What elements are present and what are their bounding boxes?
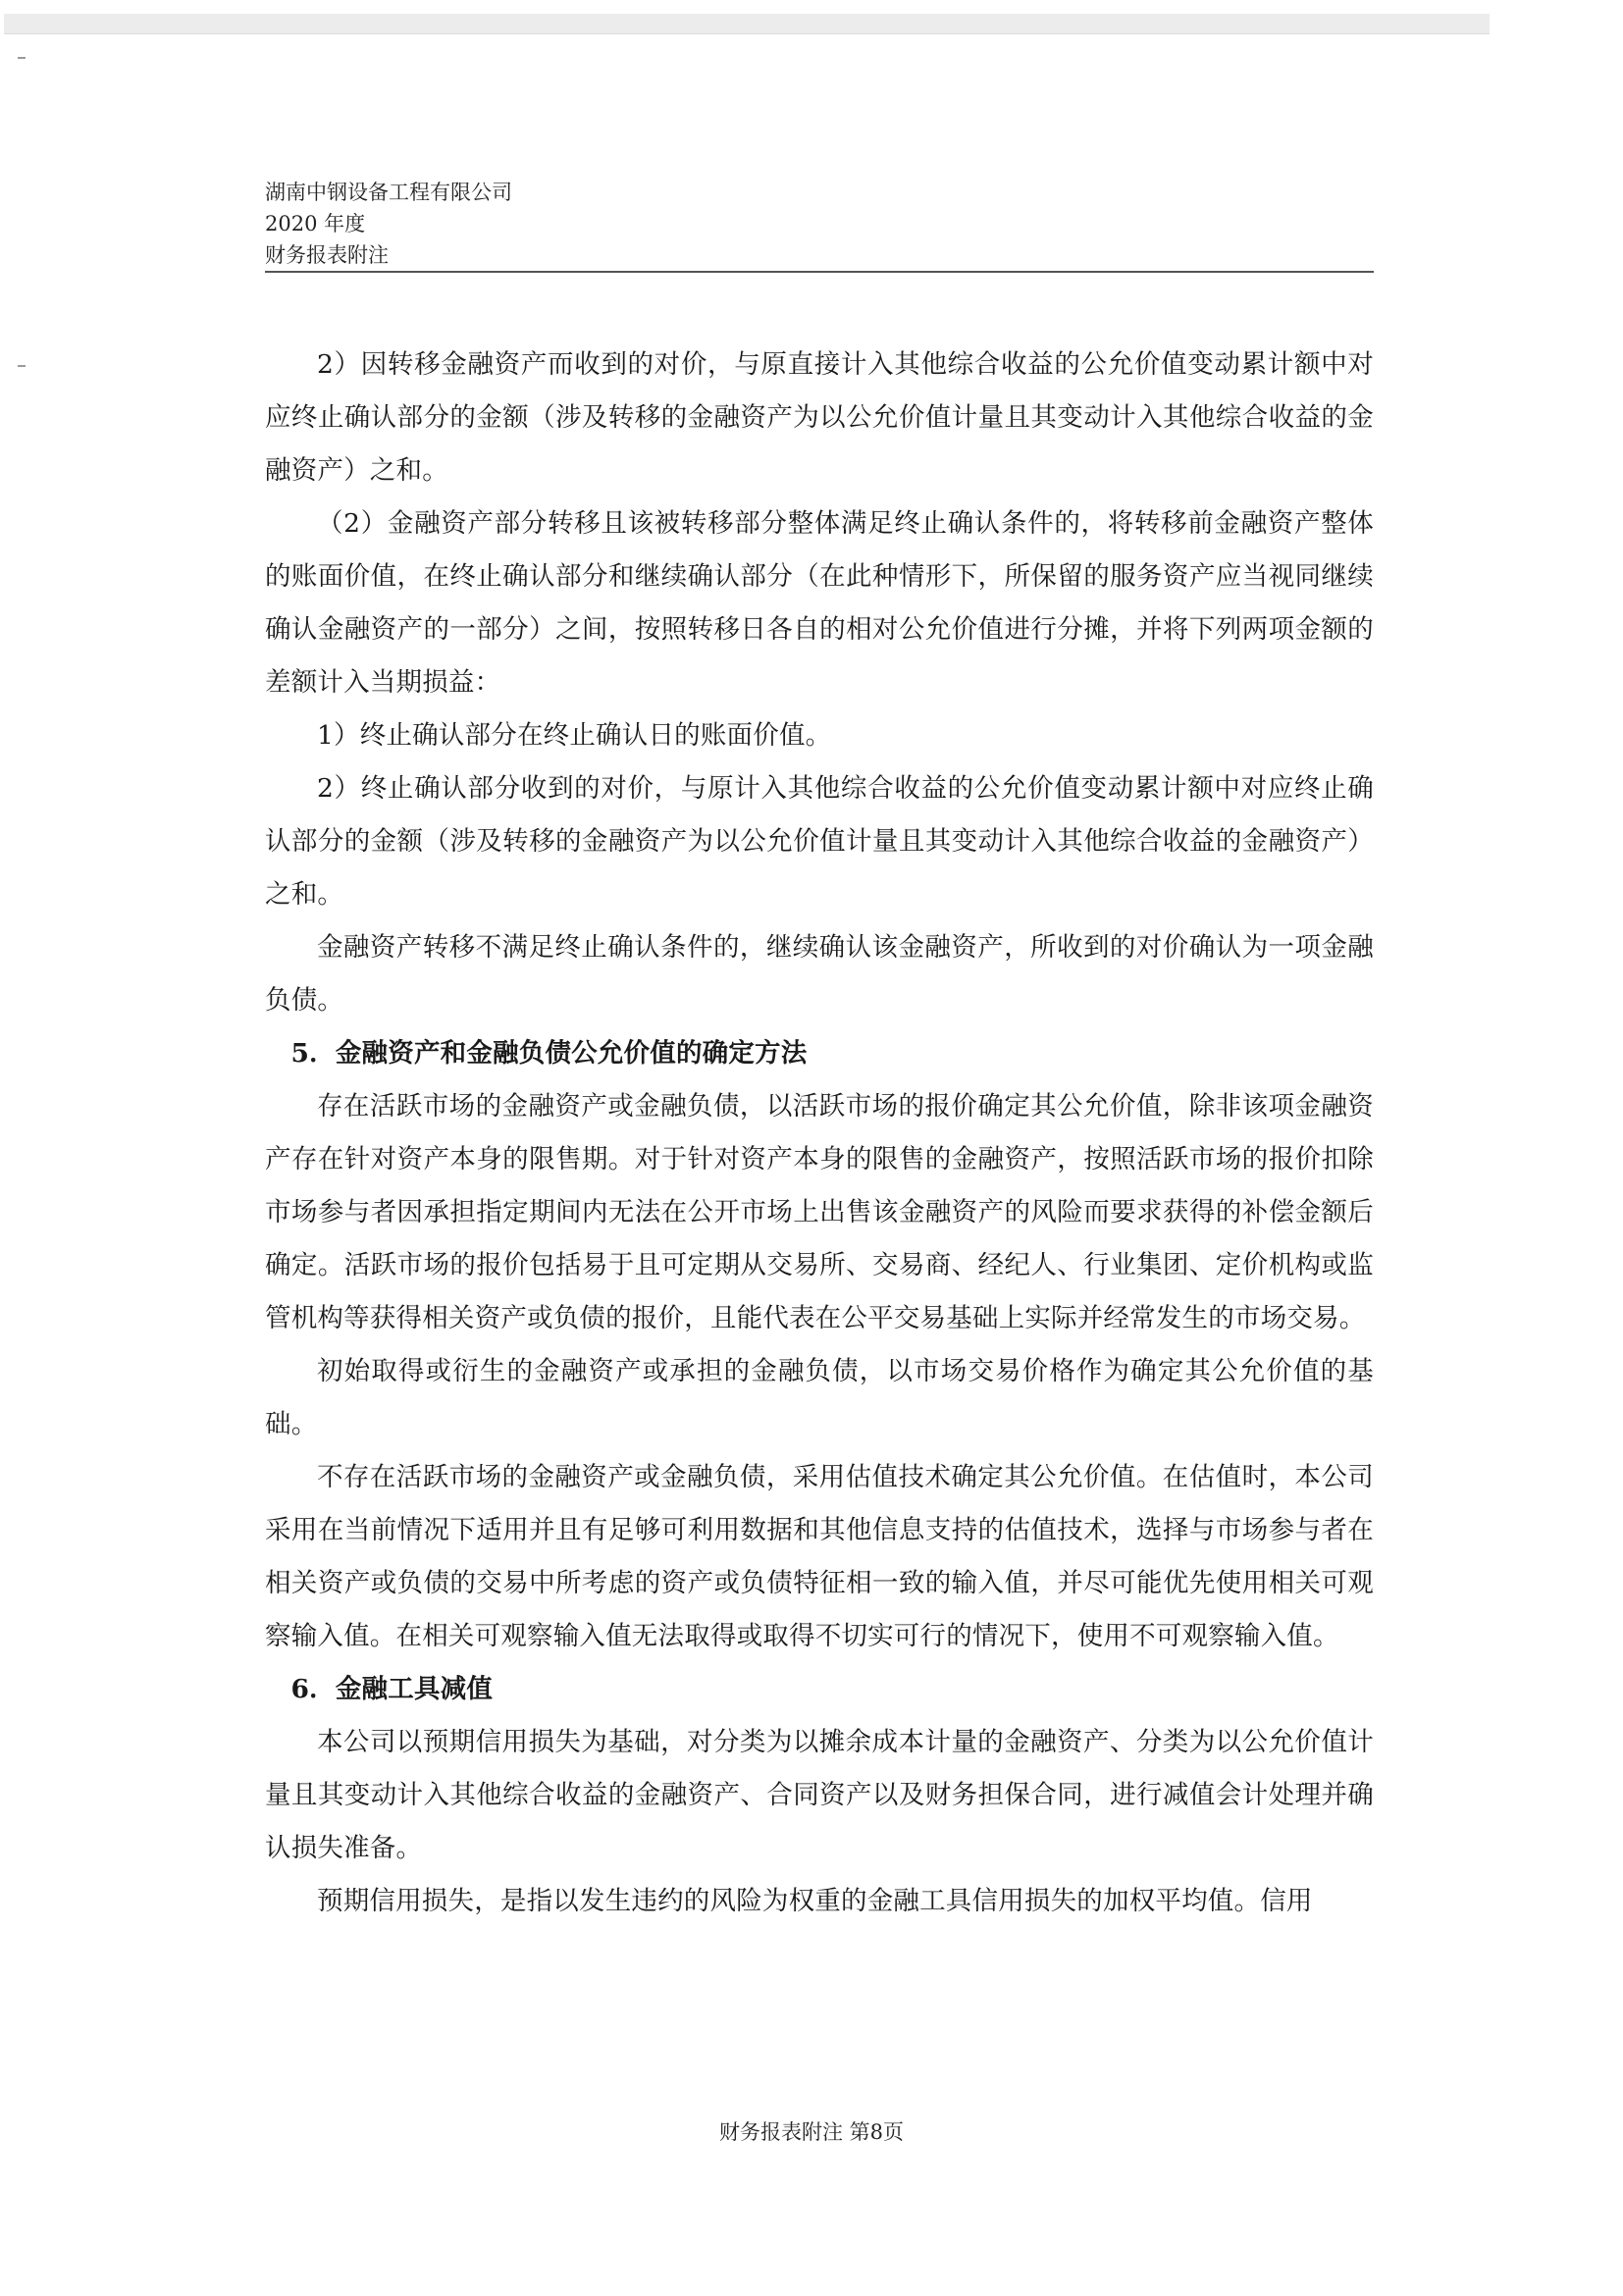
paragraph: 不存在活跃市场的金融资产或金融负债，采用估值技术确定其公允价值。在估值时，本公司… <box>265 1451 1374 1663</box>
paragraph: 2）因转移金融资产而收到的对价，与原直接计入其他综合收益的公允价值变动累计额中对… <box>265 339 1374 497</box>
paragraph: 初始取得或衍生的金融资产或承担的金融负债，以市场交易价格作为确定其公允价值的基础… <box>265 1345 1374 1451</box>
scan-edge-bar <box>4 14 1490 34</box>
paragraph: 1）终止确认部分在终止确认日的账面价值。 <box>265 709 1374 762</box>
document-body: 2）因转移金融资产而收到的对价，与原直接计入其他综合收益的公允价值变动累计额中对… <box>265 339 1374 1928</box>
section-heading: 5．金融资产和金融负债公允价值的确定方法 <box>265 1027 1374 1080</box>
margin-mark <box>18 365 26 367</box>
paragraph: 存在活跃市场的金融资产或金融负债，以活跃市场的报价确定其公允价值，除非该项金融资… <box>265 1080 1374 1345</box>
paragraph: 本公司以预期信用损失为基础，对分类为以摊余成本计量的金融资产、分类为以公允价值计… <box>265 1716 1374 1875</box>
paragraph: 预期信用损失，是指以发生违约的风险为权重的金融工具信用损失的加权平均值。信用 <box>265 1875 1374 1928</box>
page-footer: 财务报表附注 第8页 <box>0 2116 1623 2146</box>
report-year: 2020 年度 <box>265 208 1374 239</box>
header-divider <box>265 271 1374 273</box>
paragraph: （2）金融资产部分转移且该被转移部分整体满足终止确认条件的，将转移前金融资产整体… <box>265 497 1374 709</box>
margin-mark <box>18 57 26 59</box>
section-heading: 6．金融工具减值 <box>265 1663 1374 1716</box>
paragraph: 2）终止确认部分收到的对价，与原计入其他综合收益的公允价值变动累计额中对应终止确… <box>265 762 1374 921</box>
company-name: 湖南中钢设备工程有限公司 <box>265 177 1374 208</box>
page-header: 湖南中钢设备工程有限公司 2020 年度 财务报表附注 <box>265 177 1374 271</box>
paragraph: 金融资产转移不满足终止确认条件的，继续确认该金融资产，所收到的对价确认为一项金融… <box>265 921 1374 1027</box>
document-title: 财务报表附注 <box>265 239 1374 271</box>
